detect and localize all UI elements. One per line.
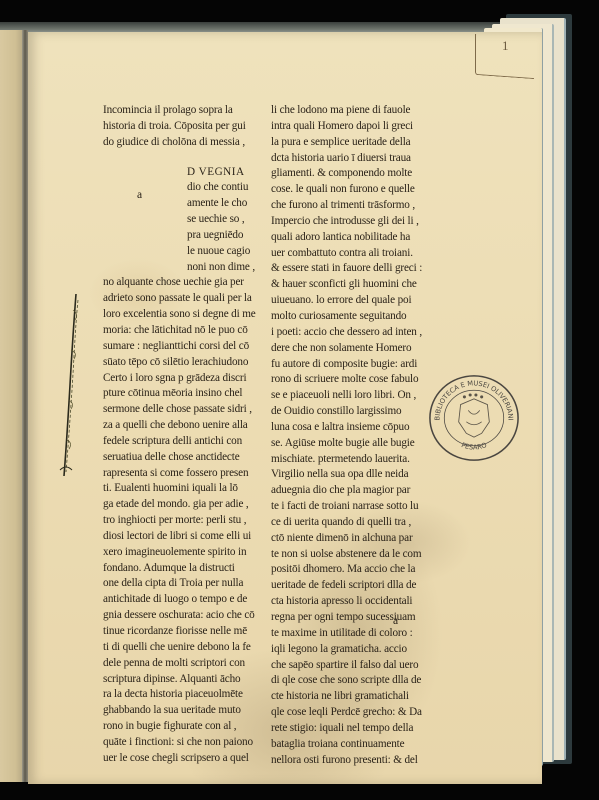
stamp-bottom-text: PESARO [460,441,488,452]
text-line: xero imagineuolemente spirito in [103,545,251,561]
text-line: moria: che lātichitad nō le puo cō [103,323,251,339]
scan-frame: 1 a Incomincia il prolago sopra la histo… [0,0,599,800]
text-line: le nuoue cagio [103,244,251,260]
text-line: te i facti de troiani narrase sotto lu [271,499,431,515]
text-line: che sapēo spartire il falso dal uero [271,658,431,674]
text-line: gnia dessere oschurata: acio che cō [103,608,251,624]
signature-mark: a [393,615,398,627]
text-line: qle cose leqli Perdcē grecho: & Da [271,705,431,721]
text-line: intra quali Homero dapoi li greci [271,119,431,135]
text-line: i poeti: accio che dessero ad inten , [271,325,431,341]
text-line: ti di quelli che uenire debono la fe [103,640,251,656]
text-line: tinue ricordanze fiorisse nelle mē [103,624,251,640]
text-line: ctō niente dimenō in alchuna par [271,531,431,547]
text-line: no alquante chose uechie gia per [103,275,251,291]
text-line: Incomincia il prolago sopra la [103,103,251,119]
text-line: bataglia troiana continuamente [271,737,431,753]
text-line: ga etade del mondo. gia per adie , [103,497,251,513]
text-line: cte historia ne libri gramatichali [271,689,431,705]
text-line: adrieto sono passate le quali per la [103,291,251,307]
text-line: ueritade de fedeli scriptori dlla de [271,578,431,594]
text-line: cta historia apresso li occidentali [271,594,431,610]
text-line: se. Agiūse molte bugie alle bugie [271,436,431,452]
text-line: nellora osti furono presenti: & del [271,753,431,769]
text-line: fedele scriptura delli antichi con [103,434,251,450]
text-line: fondano. Adumque la distructi [103,561,251,577]
text-line: fu autore di composite bugie: ardi [271,357,431,373]
text-line: sūato tēpo cō silētio lerachiudono [103,355,251,371]
text-line: antichitade di luogo o tempo e de [103,592,251,608]
text-line: se e piaceuoli nelli loro libri. On , [271,388,431,404]
folio-number: 1 [502,38,509,54]
text-line: te maxime in utilitade di coloro : [271,626,431,642]
text-line: do giudice di cholōna di messia , [103,135,251,151]
text-line: sermone delle chose passate sidri , [103,402,251,418]
text-line: pra uegniēdo [103,228,251,244]
text-column-left: Incomincia il prolago sopra la historia … [103,103,251,767]
text-line: quali adoro lantica nobilitade ha [271,230,431,246]
text-line: pture cōtinua mēoria insino chel [103,386,251,402]
text-line: loro excelentia sono si degne di me [103,307,251,323]
text-line: uiueuano. lo errore del quale poi [271,293,431,309]
marginalia-flourish [56,290,86,480]
text-line: sumare : neglianttichi corsi del cō [103,339,251,355]
text-line: che furono al trimenti trāsformo , [271,198,431,214]
text-line: uer combattuto contra ali troiani. [271,246,431,262]
text-line: te non si uolse abstenere da le com [271,547,431,563]
text-line: Certo i loro sgna p grādeza discri [103,371,251,387]
text-line: molto curiosamente seguitando [271,309,431,325]
text-line: luna cosa e laltra insieme cōpuo [271,420,431,436]
text-line: iqli legono la gramaticha. accio [271,642,431,658]
text-line: mischiate. ptermetendo laueritа. [271,452,431,468]
text-line: historia di troia. Cōposita per gui [103,119,251,135]
text-line: rete stigio: iquali nel tempo della [271,721,431,737]
text-line: ghabbando la sua ueritade muto [103,703,251,719]
initial-line: D VEGNIA [103,165,251,181]
text-line: cose. le quali non furono e quelle [271,182,431,198]
text-line: gliamenti. & componendo molte [271,166,431,182]
text-line: li che lodono ma piene di fauole [271,103,431,119]
text-line: & essere stati in fauore delli greci : [271,261,431,277]
text-line: noni non dime , [103,260,251,276]
text-line: dcta historia uario ī diuersi traua [271,151,431,167]
text-line: di qle cose che sono scripte dlla de [271,673,431,689]
text-column-right: li che lodono ma piene di fauole intra q… [271,103,431,768]
text-line: ce di uerita quando di quelli tra , [271,515,431,531]
text-line: dere che non solamente Homero [271,341,431,357]
text-line: quāte i finctioni: si che non paiono [103,735,251,751]
text-line: regna per ogni tempo sucessiuam [271,610,431,626]
text-line: one della cipta di Troia per nulla [103,576,251,592]
text-line: de Ouidio constillo largissimo [271,404,431,420]
text-line: seruatiua delle chose anctidecte [103,450,251,466]
text-line: ti. Eualenti huomini iquali la lō [103,481,251,497]
text-line: rono in bugie fighurate con al , [103,719,251,735]
text-line: tro inghiocti per morte: perli stu , [103,513,251,529]
text-line: rapresenta si come fossero presen [103,466,251,482]
text-line: dele penna de molti scriptori con [103,656,251,672]
text-line: uer le cose chegli scripsero a quel [103,751,251,767]
text-line: aduegnia dio che pla magior par [271,483,431,499]
text-line: amente le cho [103,196,251,212]
text-line: la pura e semplice ueritade della [271,135,431,151]
text-line: positōi dhomero. Ma accio che la [271,562,431,578]
text-line: rono di scriuere molte cose fabulo [271,372,431,388]
text-line: ra la decta historia piaceuolmēte [103,687,251,703]
text-line: scriptura dipinse. Alquanti ācho [103,672,251,688]
text-line: Virgilio nella sua opa dlle neida [271,467,431,483]
library-stamp-icon: BIBLIOTECA E MUSEI OLIVERIANI PESARO [426,372,522,464]
text-line: dio che contiu [103,180,251,196]
text-line: & hauer sconficti gli huomini che [271,277,431,293]
text-line: za a quelli che debono uenire alla [103,418,251,434]
text-line: se uechie so , [103,212,251,228]
text-line: diosi lectori de libri si come elli ui [103,529,251,545]
text-line: Impercio che introdusse gli dei li , [271,214,431,230]
